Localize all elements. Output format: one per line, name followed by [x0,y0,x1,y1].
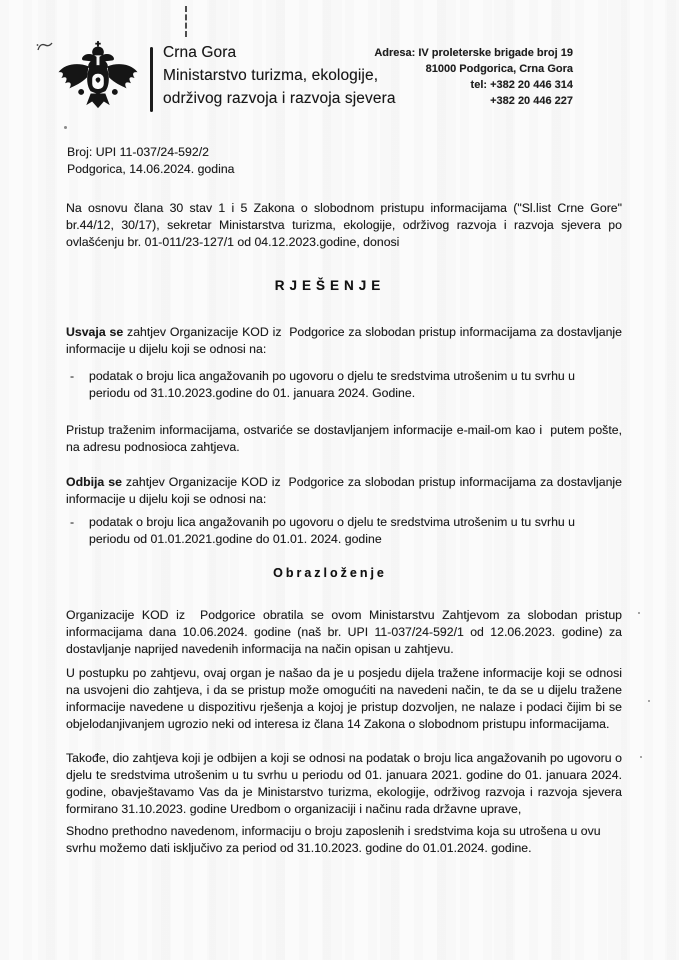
explanation-paragraph-3: Takođe, dio zahtjeva koji je odbijen a k… [66,750,622,818]
scan-speck [638,612,640,614]
grant-paragraph: Usvaja se zahtjev Organizacije KOD iz Po… [66,324,622,358]
address-block: Adresa: IV proleterske brigade broj 19 8… [374,45,573,109]
reference-block: Broj: UPI 11-037/24-592/2 Podgorica, 14.… [67,144,235,177]
explanation-paragraph-4: Shodno prethodno navedenom, informaciju … [66,823,622,857]
explanation-paragraph-2: U postupku po zahtjevu, ovaj organ je na… [66,665,622,733]
deny-bullet-text: podatak o broju lica angažovanih po ugov… [89,514,610,548]
ministry-name-line2: održivog razvoja i razvoja sjevera [163,87,396,110]
ministry-name-line1: Ministarstvo turizma, ekologije, [163,64,396,87]
bullet-dash: - [70,514,74,531]
explanation-heading: Obrazloženje [60,566,600,580]
access-method-paragraph: Pristup traženim informacijama, ostvarić… [66,422,622,456]
montenegro-coat-of-arms [54,40,142,122]
letterhead-divider [150,47,153,112]
scan-squiggle [36,41,54,53]
scan-tick-mark [185,6,187,37]
grant-lead: Usvaja se [66,325,123,339]
ministry-name-block: Crna Gora Ministarstvo turizma, ekologij… [163,41,396,110]
explanation-paragraph-1: Organizacije KOD iz Podgorice obratila s… [66,607,622,658]
grant-bullet-item: - podatak o broju lica angažovanih po ug… [70,368,610,402]
deny-bullet-item: - podatak o broju lica angažovanih po ug… [70,514,610,548]
deny-rest: zahtjev Organizacije KOD iz Podgorice za… [66,475,625,506]
deny-paragraph: Odbija se zahtjev Organizacije KOD iz Po… [66,474,622,508]
country-name: Crna Gora [163,41,396,64]
address-line4: +382 20 446 227 [374,93,573,109]
legal-basis-paragraph: Na osnovu člana 30 stav 1 i 5 Zakona o s… [66,200,622,251]
deny-lead: Odbija se [66,475,122,489]
scan-speck [64,126,67,129]
case-number: Broj: UPI 11-037/24-592/2 [67,144,235,161]
grant-rest: zahtjev Organizacije KOD iz Podgorice za… [66,325,629,356]
scan-speck [648,700,650,702]
bullet-dash: - [70,368,74,385]
place-and-date: Podgorica, 14.06.2024. godina [67,161,235,178]
grant-bullet-text: podatak o broju lica angažovanih po ugov… [89,368,610,402]
address-line1: Adresa: IV proleterske brigade broj 19 [374,45,573,61]
scanned-document-page: Crna Gora Ministarstvo turizma, ekologij… [0,0,679,960]
scan-speck [640,756,642,758]
address-line2: 81000 Podgorica, Crna Gora [374,61,573,77]
decision-title: RJEŠENJE [60,278,600,293]
address-line3: tel: +382 20 446 314 [374,77,573,93]
